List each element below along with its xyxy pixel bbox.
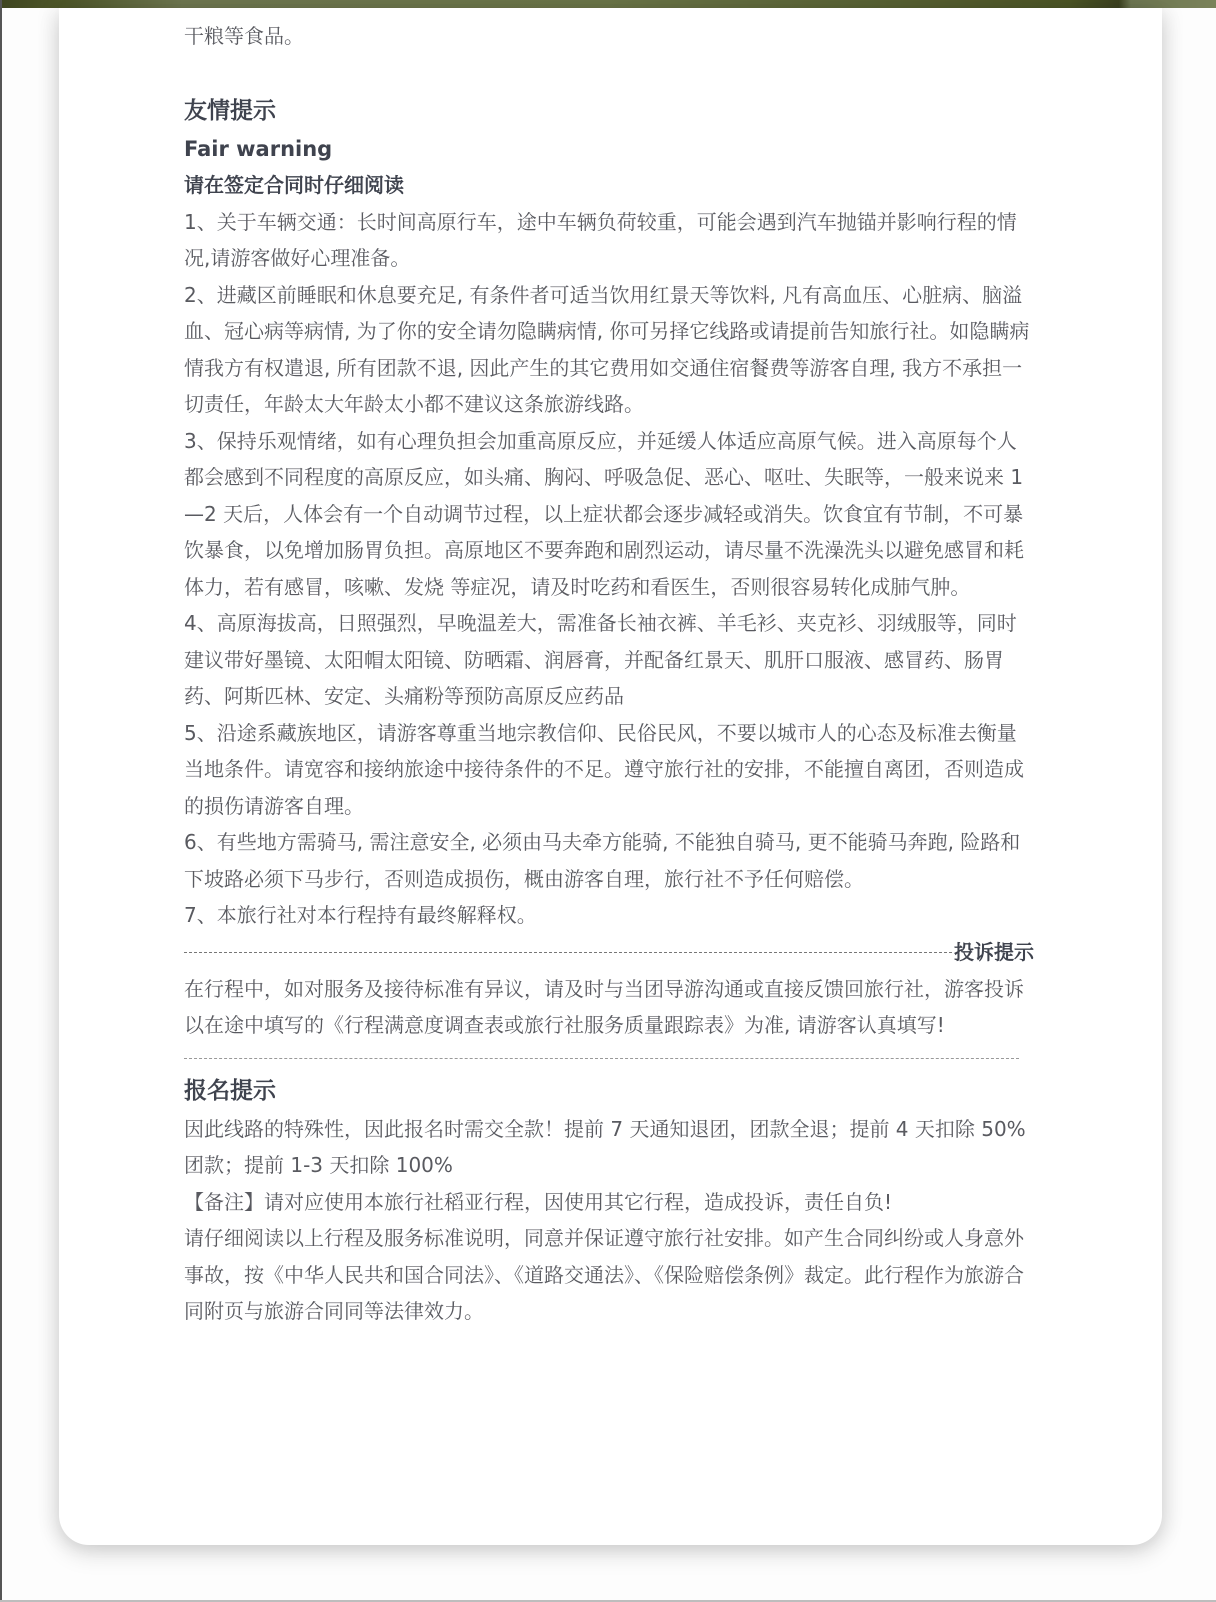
fair-warning-title-en: Fair warning bbox=[184, 131, 1034, 167]
complaint-text: 在行程中，如对服务及接待标准有异议，请及时与当团导游沟通或直接反馈回旅行社，游客… bbox=[184, 971, 1034, 1044]
dashed-divider-line bbox=[184, 952, 952, 953]
fair-warning-section: 友情提示 Fair warning 请在签定合同时仔细阅读 1、关于车辆交通：长… bbox=[184, 91, 1034, 934]
complaint-divider: 投诉提示 bbox=[184, 934, 1034, 971]
warning-item-2: 2、进藏区前睡眠和休息要充足, 有条件者可适当饮用红景天等饮料, 凡有高血压、心… bbox=[184, 277, 1034, 423]
warning-item-5: 5、沿途系藏族地区，请游客尊重当地宗教信仰、民俗民风，不要以城市人的心态及标准去… bbox=[184, 715, 1034, 825]
spacer bbox=[184, 55, 1034, 91]
viewport-left-border bbox=[0, 0, 2, 1602]
intro-tail-text: 干粮等食品。 bbox=[184, 18, 1034, 55]
warning-item-3: 3、保持乐观情绪，如有心理负担会加重高原反应，并延缓人体适应高原气候。进入高原每… bbox=[184, 423, 1034, 606]
warning-item-7: 7、本旅行社对本行程持有最终解释权。 bbox=[184, 897, 1034, 934]
registration-legal-statement: 请仔细阅读以上行程及服务标准说明，同意并保证遵守旅行社安排。如产生合同纠纷或人身… bbox=[184, 1220, 1034, 1330]
fair-warning-title-cn: 友情提示 bbox=[184, 91, 1034, 131]
complaint-section: 投诉提示 在行程中，如对服务及接待标准有异议，请及时与当团导游沟通或直接反馈回旅… bbox=[184, 934, 1034, 1059]
document-content: 干粮等食品。 友情提示 Fair warning 请在签定合同时仔细阅读 1、关… bbox=[184, 18, 1034, 1330]
fair-warning-subtitle: 请在签定合同时仔细阅读 bbox=[184, 167, 1034, 204]
warning-item-4: 4、高原海拔高，日照强烈，早晚温差大，需准备长袖衣裤、羊毛衫、夹克衫、羽绒服等，… bbox=[184, 605, 1034, 715]
warning-item-6: 6、有些地方需骑马, 需注意安全, 必须由马夫牵方能骑, 不能独自骑马, 更不能… bbox=[184, 824, 1034, 897]
dashed-divider-line bbox=[184, 1058, 1019, 1059]
registration-title: 报名提示 bbox=[184, 1071, 1034, 1111]
top-banner-image-edge bbox=[0, 0, 1216, 8]
registration-section: 报名提示 因此线路的特殊性，因此报名时需交全款！提前 7 天通知退团，团款全退；… bbox=[184, 1071, 1034, 1330]
warning-item-1: 1、关于车辆交通：长时间高原行车，途中车辆负荷较重，可能会遇到汽车抛锚并影响行程… bbox=[184, 204, 1034, 277]
complaint-label: 投诉提示 bbox=[954, 934, 1034, 971]
registration-note: 【备注】请对应使用本旅行社稻亚行程，因使用其它行程，造成投诉，责任自负! bbox=[184, 1184, 1034, 1221]
registration-refund-policy: 因此线路的特殊性，因此报名时需交全款！提前 7 天通知退团，团款全退；提前 4 … bbox=[184, 1111, 1034, 1184]
